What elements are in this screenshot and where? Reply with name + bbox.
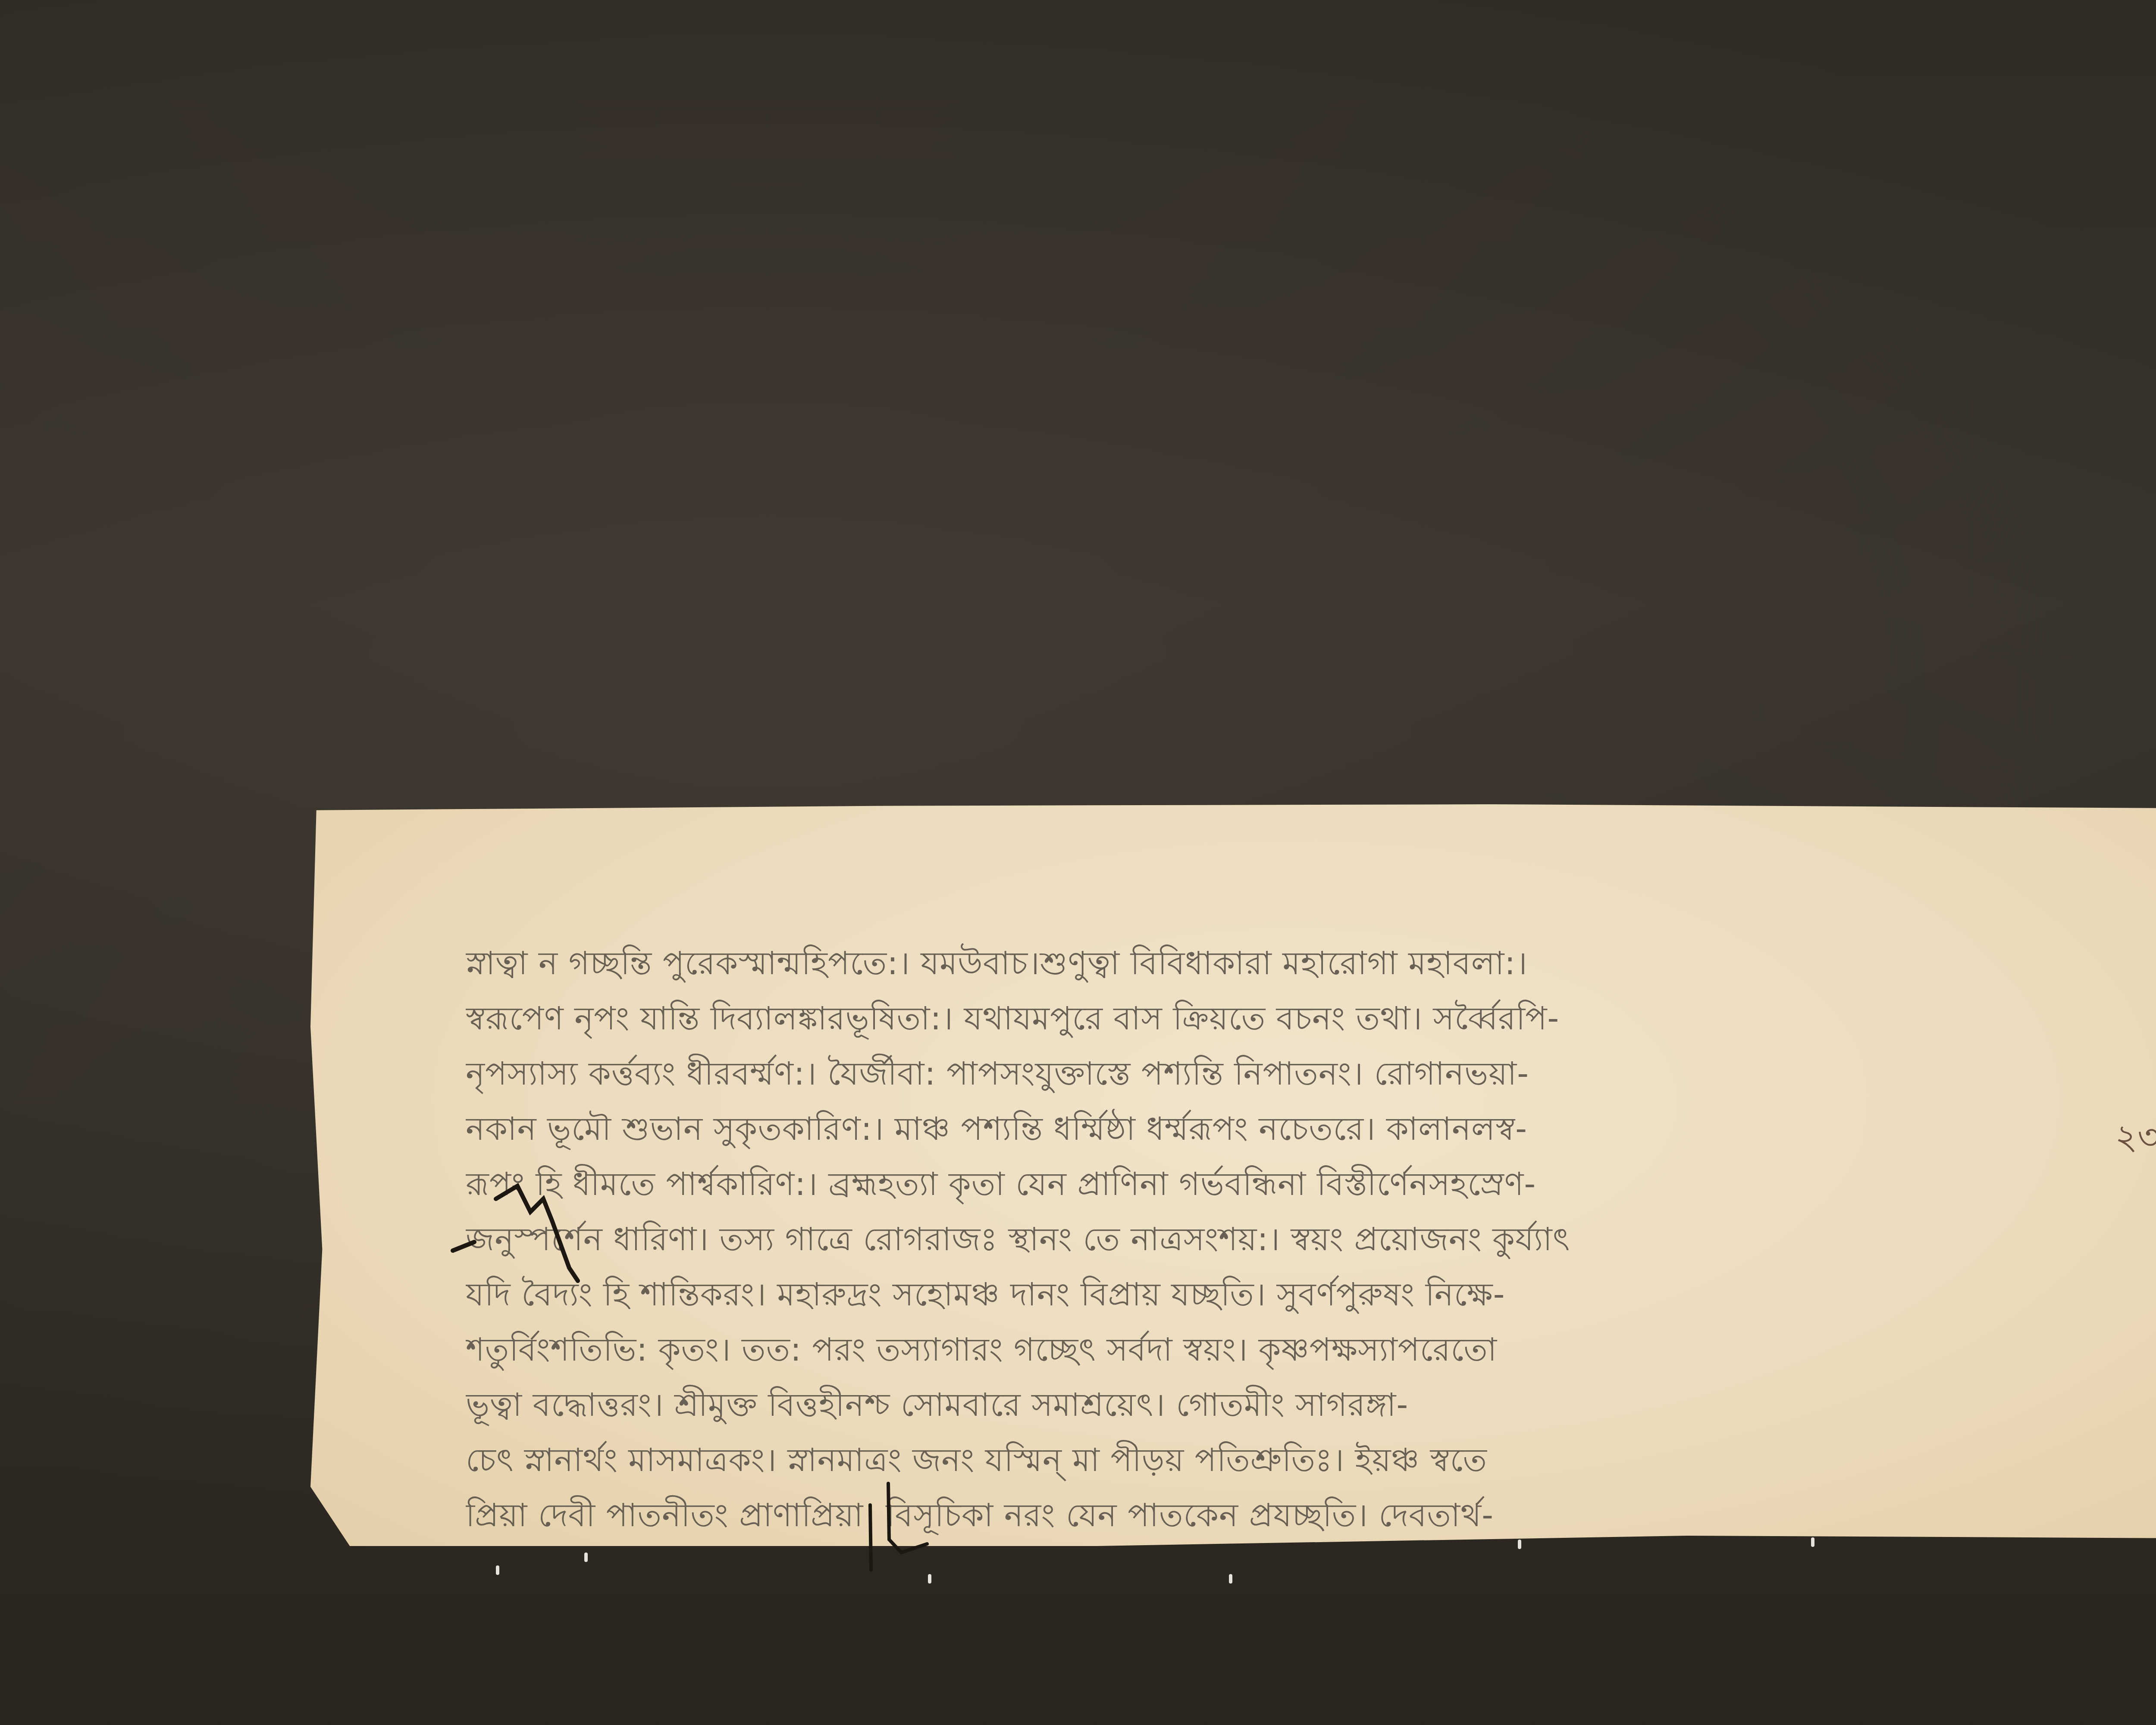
manuscript-line: যদি বৈদ্যং হি শান্তিকরং। মহারুদ্রং সহোমঞ… — [466, 1267, 2147, 1322]
mount-pin — [928, 1574, 931, 1584]
manuscript-line: রূপং হি ধীমতে পার্শ্বকারিণ:। ব্রহ্মহত্যা… — [466, 1157, 2147, 1212]
mount-pin — [496, 1565, 499, 1575]
manuscript-line: স্বরূপেণ নৃপং যান্তি দিব্যালঙ্কারভূষিতা:… — [466, 991, 2147, 1046]
manuscript-line: নৃপস্যাস্য কর্ত্তব্যং ধীরবর্ম্মণ:। যৈর্জ… — [466, 1046, 2147, 1101]
manuscript-line: জনুস্পর্শেন ধারিণা। তস্য গাত্রে রোগরাজঃ … — [466, 1212, 2147, 1267]
mount-pin — [584, 1552, 588, 1562]
manuscript-text: স্নাত্বা ন গচ্ছন্তি পুরেকস্মান্মহিপতে:। … — [466, 936, 2147, 1543]
ink-stroke-bottom-icon — [862, 1479, 975, 1574]
ink-stroke-left-margin-icon — [448, 1182, 612, 1311]
folio-number: ২৩১ — [2115, 1110, 2156, 1168]
manuscript-line: চেৎ স্নানার্থং মাসমাত্রকং। স্নানমাত্রং জ… — [466, 1433, 2147, 1488]
manuscript-line: স্নাত্বা ন গচ্ছন্তি পুরেকস্মান্মহিপতে:। … — [466, 936, 2147, 991]
manuscript-line: ভূত্বা বদ্ধোত্তরং। শ্রীমুক্ত বিত্তহীনশ্চ… — [466, 1377, 2147, 1433]
mount-pin — [1518, 1540, 1521, 1549]
mount-pin — [1811, 1537, 1814, 1547]
manuscript-line: নকান ভূমৌ শুভান সুকৃতকারিণ:। মাঞ্চ পশ্যন… — [466, 1101, 2147, 1157]
manuscript-line: প্রিয়া দেবী পাতনীতং প্রাণাপ্রিয়া। বিসূ… — [466, 1488, 2147, 1543]
manuscript-line: শতুর্বিংশতিভি: কৃতং। তত: পরং তস্যাগারং গ… — [466, 1322, 2147, 1377]
mount-pin — [1229, 1574, 1232, 1584]
